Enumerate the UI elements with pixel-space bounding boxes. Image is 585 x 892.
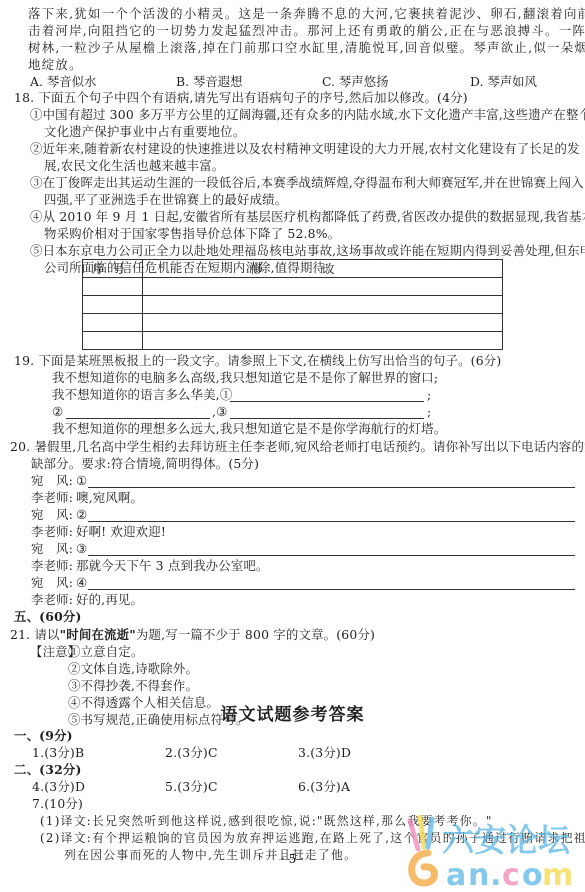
answer-cell-number[interactable] (83, 314, 143, 332)
question-21-prompt: 21. 请以"时间在流逝"为题,写一篇不少于 800 字的文章。(60分) (10, 627, 375, 643)
dialog-blank-label: ① (76, 473, 87, 489)
revision-table: 序号 修改 (82, 259, 503, 350)
passage-line: 地绽放。 (28, 57, 83, 73)
option-a: A. 琴音似水 (30, 74, 96, 90)
q21-prefix: 21. 请以 (10, 627, 60, 642)
dialog-speaker: 李老师: (31, 558, 73, 574)
passage-line: 落下来,犹如一个个活泼的小精灵。这是一条奔腾不息的大河,它裹挟着泥沙、卵石,翻滚… (28, 6, 585, 22)
dialog-speaker: 李老师: (31, 524, 73, 540)
note-item: ②文体自选,诗歌除外。 (68, 661, 198, 677)
answer-item: 4.(3分)D (32, 779, 85, 795)
dialog-speaker: 宛 风: (31, 541, 73, 557)
answer-item: 5.(3分)C (165, 779, 218, 795)
answer-cell-number[interactable] (83, 296, 143, 314)
dialog-speaker: 宛 风: (31, 473, 73, 489)
dialog-line: 好啊! 欢迎欢迎! (76, 524, 166, 540)
question-20-prompt-cont: 缺部分。要求:符合情境,简明得体。(5分) (31, 456, 259, 472)
dialog-blank-4[interactable] (88, 575, 575, 590)
passage-line: 击着河岸,向阻挡它的一切势力发起猛烈冲击。那河上还有勇敢的艄公,正在与恶浪搏斗。… (28, 23, 585, 39)
answer-item: 2.(3分)C (165, 745, 218, 761)
dialog-line: 那就今天下午 3 点到我办公室吧。 (76, 558, 269, 574)
passage-line: 树林,一粒沙子从屋檐上滚落,掉在门前那口空水缸里,清脆悦耳,回音似璧。琴声欲止,… (28, 40, 585, 56)
dialog-blank-2[interactable] (88, 507, 575, 522)
answer-cell-number[interactable] (83, 278, 143, 296)
semicolon: ; (427, 387, 431, 403)
answer-7-1: (1)译文:长兄突然听到他这样说,感到很吃惊,说:"既然这样,那么我要考考你。" (40, 813, 493, 829)
exam-page: 落下来,犹如一个个活泼的小精灵。这是一条奔腾不息的大河,它裹挟着泥沙、卵石,翻滚… (0, 0, 585, 892)
dialog-speaker: 李老师: (31, 490, 73, 506)
answer-cell-number[interactable] (83, 332, 143, 350)
sentence-1: ①中国有超过 300 多万平方公里的辽阔海疆,还有众多的内陆水域,水下文化遗产丰… (30, 107, 585, 123)
column-header-number: 序号 (83, 260, 143, 278)
answer-item: 3.(3分)D (298, 745, 351, 761)
fill-blank-2[interactable] (66, 404, 210, 419)
fill-blank-3[interactable] (230, 404, 424, 419)
answer-cell-revision[interactable] (143, 332, 503, 350)
dialog-speaker: 李老师: (31, 592, 73, 608)
dialog-speaker: 宛 风: (31, 575, 73, 591)
column-header-revision: 修改 (143, 260, 503, 278)
fill-blank-1[interactable] (230, 387, 424, 402)
answer-cell-revision[interactable] (143, 296, 503, 314)
semicolon: ; (427, 404, 431, 420)
page-number: · 5 · (0, 852, 585, 866)
option-c: C. 琴声悠扬 (322, 74, 388, 90)
answer-item-7: 7.(10分) (32, 796, 83, 812)
dialog-blank-label: ② (76, 507, 87, 523)
essay-title: "时间在流逝" (60, 627, 136, 642)
q21-suffix: 为题,写一篇不少于 800 字的文章。(60分) (136, 627, 375, 642)
answer-key-title: 语文试题参考答案 (0, 700, 585, 725)
sentence-3: ③在丁俊晖走出其运动生涯的一段低谷后,本赛季战绩辉煌,夺得温布利大师赛冠军,并在… (30, 175, 584, 191)
answer-item: 1.(3分)B (32, 745, 84, 761)
dialog-blank-label: ④ (76, 575, 87, 591)
sentence-2-cont: 展,农民文化生活也越来越丰富。 (44, 158, 224, 174)
answer-part-2-heading: 二、(32分) (14, 762, 82, 778)
note-item: ③不得抄袭,不得套作。 (68, 678, 198, 694)
sentence-4: ④从 2010 年 9 月 1 日起,安徽省所有基层医疗机构都降低了药费,省医改… (30, 209, 585, 225)
dialog-blank-1[interactable] (88, 473, 575, 488)
model-sentence-4: 我不想知道你的理想多么远大,我只想知道它是不是你学海航行的灯塔。 (52, 421, 446, 437)
model-sentence-2: 我不想知道你的语言多么华美,① (52, 387, 232, 403)
sentence-1-cont: 文化遗产保护事业中占有重要地位。 (44, 124, 245, 140)
sentence-2: ②近年来,随着新农村建设的快速推进以及农村精神文明建设的大力开展,农村文化建设有… (30, 141, 580, 157)
question-20-prompt: 20. 暑假里,几名高中学生相约去拜访班主任李老师,宛风给老师打电话预约。请你补… (10, 439, 585, 455)
answer-part-1-heading: 一、(9分) (14, 728, 73, 744)
note-item: ①立意自定。 (68, 644, 144, 660)
dialog-line: 好的,再见。 (76, 592, 143, 608)
answer-item: 6.(3分)A (298, 779, 350, 795)
model-sentence-1: 我不想知道你的电脑多么高级,我只想知道它是不是你了解世界的窗口; (52, 370, 438, 386)
sentence-5: ⑤日本东京电力公司正全力以赴地处理福岛核电站事故,这场事故或许能在短期内得到妥善… (30, 243, 585, 259)
section-5-heading: 五、(60分) (14, 609, 82, 625)
sentence-3-cont: 四强,平了亚洲选手在世锦赛上的最好成绩。 (44, 192, 287, 208)
blank-label-2: ② (52, 404, 63, 420)
option-d: D. 琴声如风 (470, 74, 537, 90)
answer-7-2: (2)译文:有个押运粮饷的官员因为放弃押运逃跑,在路上死了,这个官员的孙子通过行… (40, 830, 585, 846)
dialog-blank-3[interactable] (88, 541, 575, 556)
question-18-prompt: 18. 下面五个句子中四个有语病,请先写出有语病句子的序号,然后加以修改。(4分… (14, 90, 468, 106)
dialog-blank-label: ③ (76, 541, 87, 557)
answer-cell-revision[interactable] (143, 314, 503, 332)
question-19-prompt: 19. 下面是某班黑板报上的一段文字。请参照上下文,在横线上仿写出恰当的句子。(… (14, 353, 501, 369)
option-b: B. 琴音遐想 (176, 74, 243, 90)
sentence-4-cont: 物采购价相对于国家零售指导价总体下降了 52.8%。 (44, 226, 340, 242)
blank-label-3: ,③ (212, 404, 227, 420)
answer-cell-revision[interactable] (143, 278, 503, 296)
dialog-line: 噢,宛风啊。 (76, 490, 143, 506)
dialog-speaker: 宛 风: (31, 507, 73, 523)
